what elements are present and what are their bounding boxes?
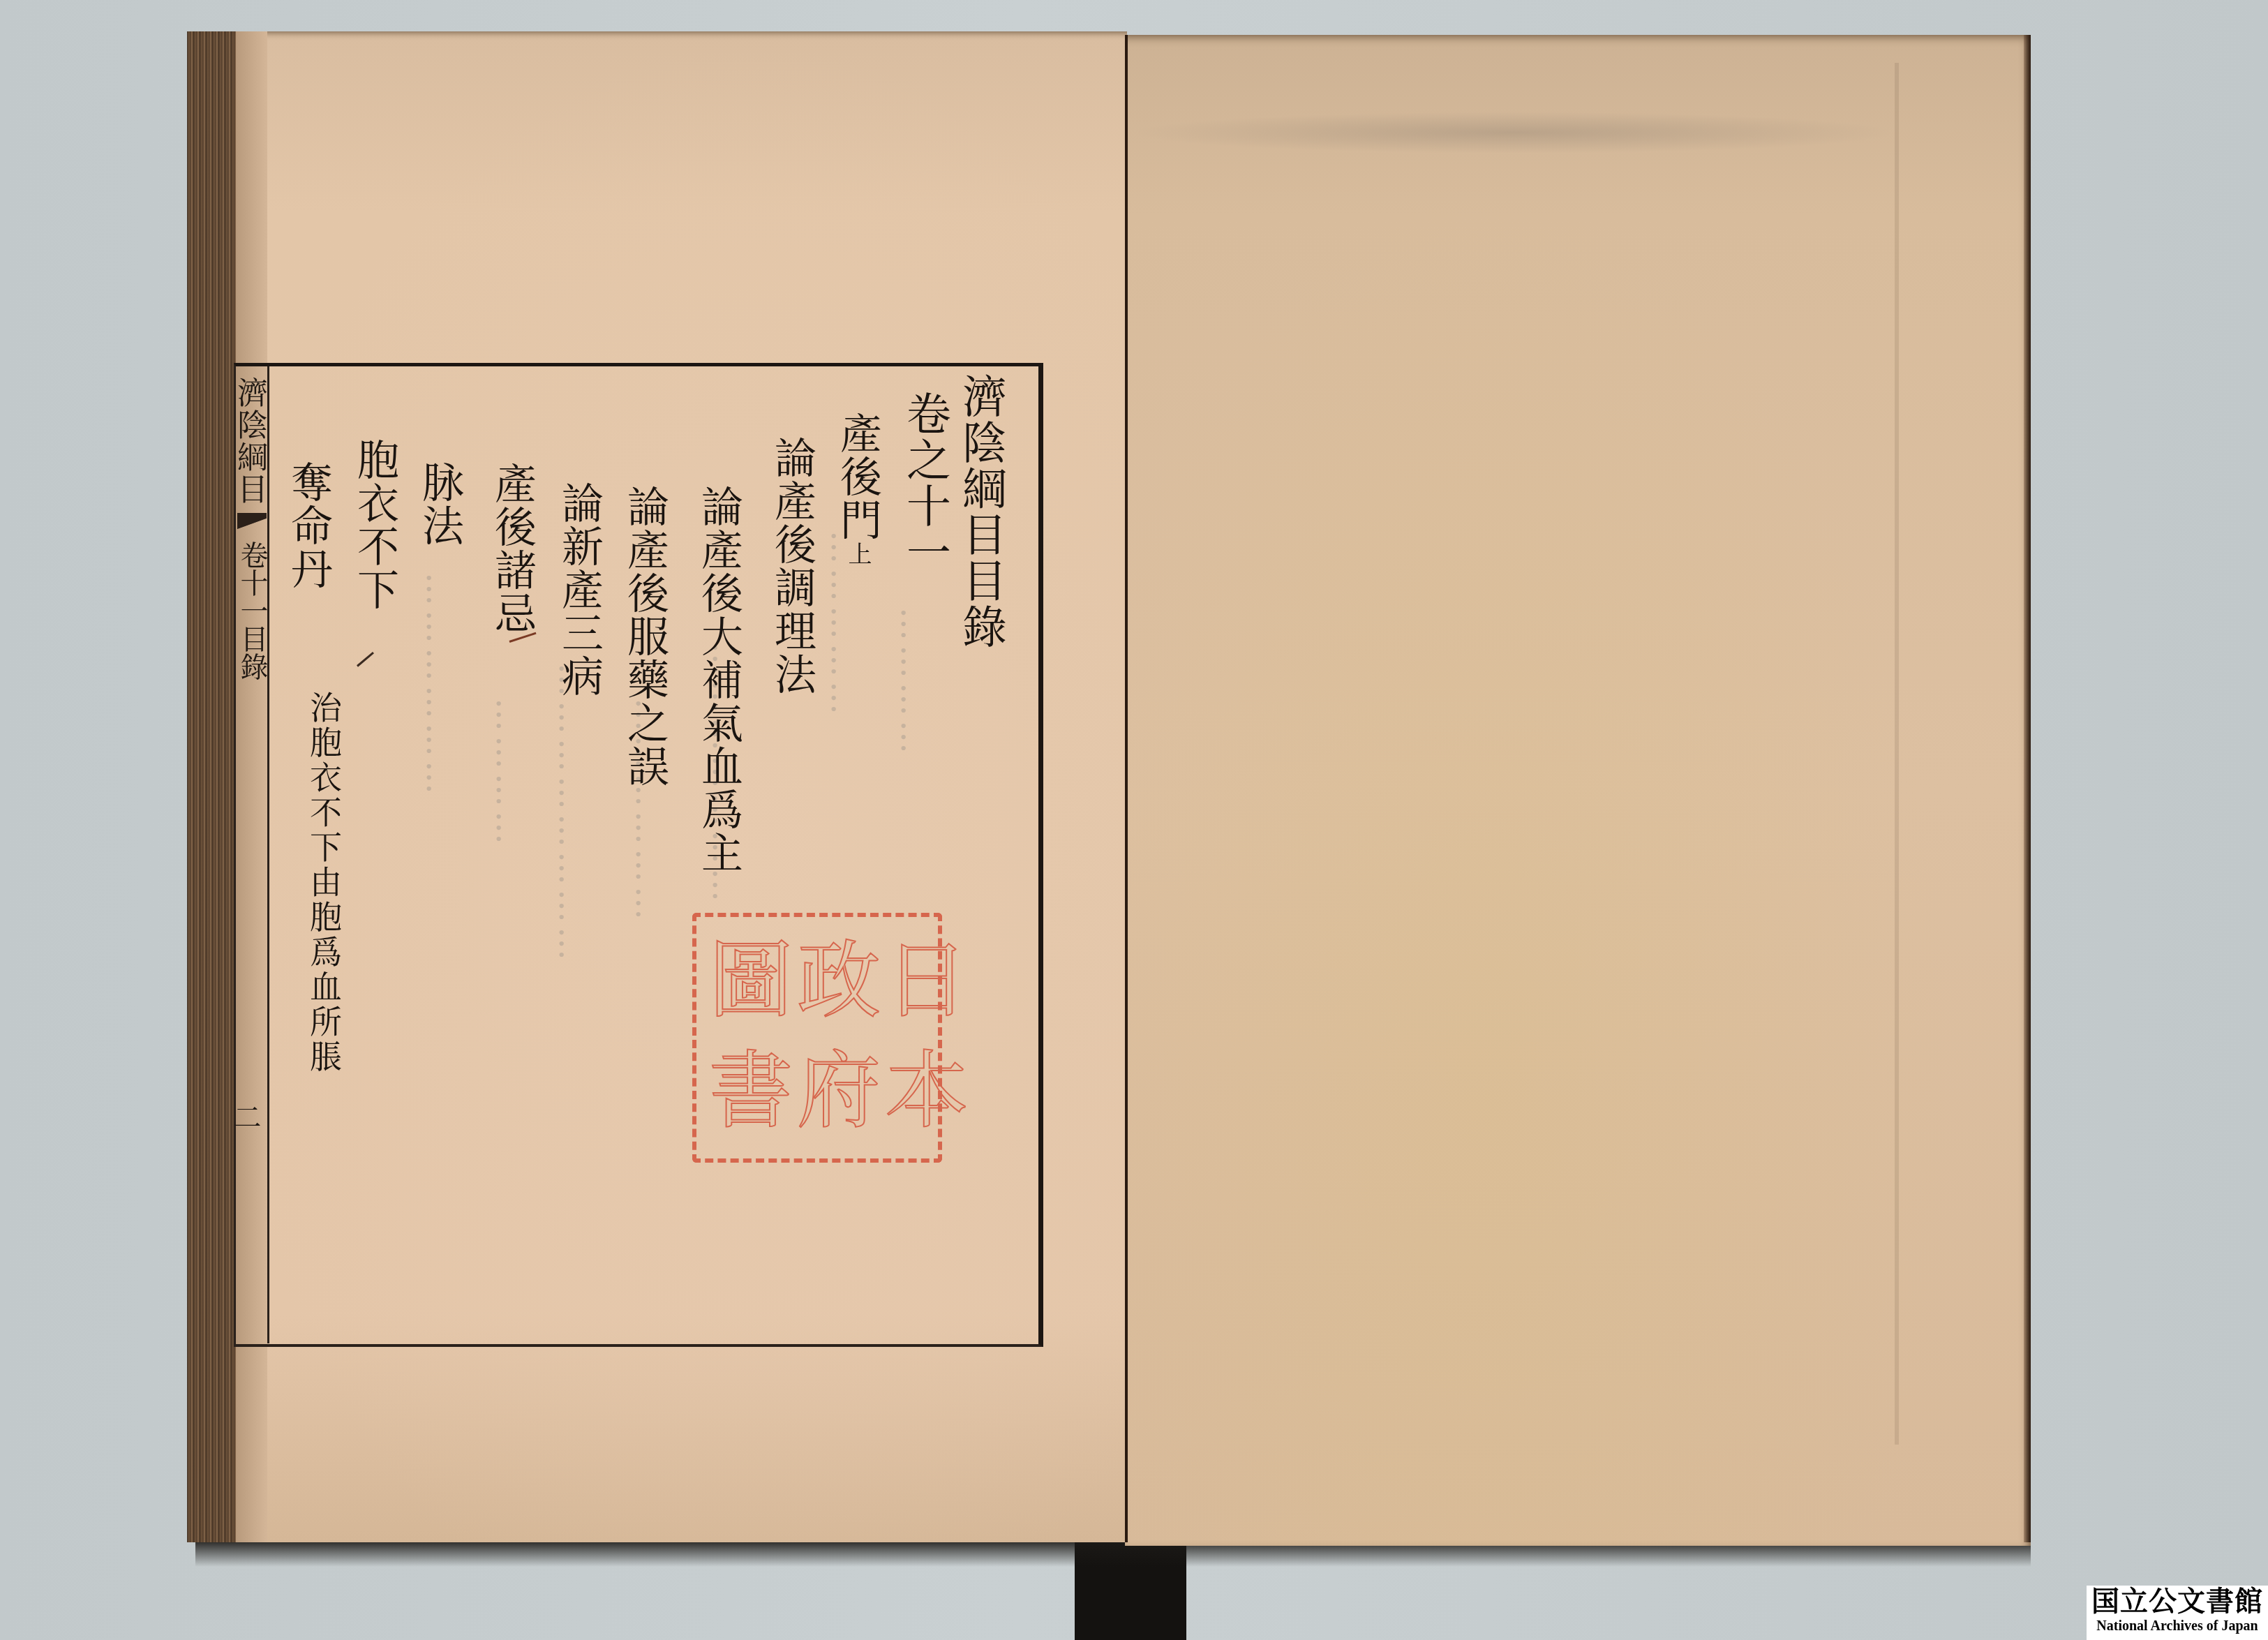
show-through-text: ………… (488, 698, 528, 849)
book-title: 濟陰綱目目錄 (955, 373, 1006, 650)
toc-item-text: 產後諸忌 (488, 462, 537, 635)
fishtail-ornament-icon (237, 513, 267, 534)
toc-item: 產後諸忌 (490, 462, 535, 635)
toc-item: 論新產三病 (557, 482, 602, 698)
seal-char: 政 (797, 930, 881, 1036)
toc-item: 論產後大補氣血爲主 (696, 485, 741, 874)
section-title: 產後門 (833, 412, 882, 542)
seal-char: 府 (797, 1040, 881, 1146)
volume-number: 卷之十一 (899, 391, 950, 575)
fold-column-subtitle: 卷十一目錄 (233, 541, 271, 680)
show-through-text: ……………… (419, 572, 458, 798)
toc-item: 奪命丹 (286, 461, 331, 590)
toc-item-text: 論產後調理法 (768, 436, 816, 696)
show-through-text: …………………… (551, 663, 590, 964)
right-page-edge (2024, 35, 2031, 1542)
seal-char: 書 (709, 1040, 793, 1146)
toc-item: 脉法 (417, 461, 462, 547)
show-through-line (1895, 63, 1899, 1445)
gutter-line (1125, 35, 1128, 1542)
toc-item: 論產後服藥之誤 (622, 485, 667, 788)
annotation-note: 治胞衣不下由胞爲血所脹 (306, 691, 342, 1075)
watermark-english: National Archives of Japan (2087, 1618, 2268, 1634)
toc-item-text: 論產後大補氣血爲主 (694, 485, 743, 874)
show-through-text: ………… (893, 607, 932, 758)
book-title-column: 濟陰綱目目錄 (956, 373, 1005, 650)
archive-watermark: 国立公文書館 National Archives of Japan (2087, 1586, 2268, 1640)
toc-item: 論產後調理法 (770, 436, 814, 696)
section-suffix: 上 (844, 542, 872, 567)
toc-item-text: 論產後服藥之誤 (620, 485, 669, 788)
fold-page-number: 二 (237, 1103, 265, 1131)
fold-column-title: 濟陰綱目 (230, 377, 268, 505)
toc-item-text: 論新產三病 (555, 482, 604, 698)
section-column: 產後門上 (835, 412, 880, 567)
paper-stain (1131, 112, 1898, 154)
seal-char: 圖 (709, 930, 793, 1036)
watermark-japanese: 国立公文書館 (2087, 1586, 2268, 1618)
toc-item: 胞衣不下 (352, 438, 397, 611)
toc-item-text: 脉法 (415, 461, 464, 547)
annotation-text: 治胞衣不下由胞爲血所脹 (305, 691, 343, 1075)
volume-column: 卷之十一 (900, 391, 949, 575)
toc-item-text: 奪命丹 (284, 461, 333, 590)
seal-char: 日 (885, 930, 969, 1036)
fold-column-rule (267, 366, 269, 1343)
red-ownership-seal: 圖 政 日 書 府 本 (692, 913, 942, 1163)
toc-item-text: 胞衣不下 (350, 438, 399, 611)
page-edge-stack (187, 31, 236, 1542)
seal-char: 本 (885, 1040, 969, 1146)
